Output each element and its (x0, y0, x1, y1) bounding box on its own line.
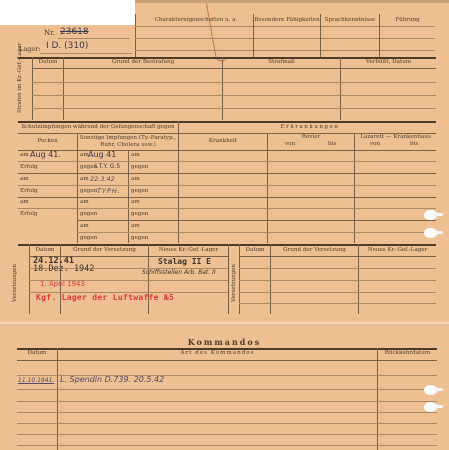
divider (239, 268, 436, 269)
kommandos-header-art: Art des Kommandos (58, 351, 377, 357)
divider (18, 161, 436, 162)
sonstige-label: am (80, 177, 89, 183)
sonstige-value: 22.3.42 (90, 176, 115, 183)
strafen-header-verbuesst: Verbüßt, Datum (341, 60, 436, 66)
divider (77, 220, 436, 221)
strafen-header-datum: Datum (33, 60, 63, 66)
nr-underline (58, 38, 130, 39)
divider (32, 68, 436, 69)
divider (17, 434, 437, 435)
nr-value: 23618 (60, 28, 89, 37)
schutzimpfungen-title: Schutzimpfungen während der Gefangenscha… (18, 125, 178, 131)
divider (77, 232, 436, 233)
header-lazarett-bis: bis (410, 142, 418, 148)
sonstige-label: gegen (131, 165, 148, 171)
divider (32, 95, 436, 96)
versetzung-date-2: 18.Dez. 1942 (33, 265, 94, 274)
divider (239, 280, 436, 281)
divider (228, 244, 229, 314)
pocken-row-label: am (20, 200, 29, 206)
header-lazarett: Lazarett — Krankenhaus (355, 135, 436, 141)
red-stamp-date: 1. April 1943 (40, 281, 85, 288)
divider (148, 244, 149, 314)
versetzung-right-header-grund: Grund der Versetzung (271, 248, 358, 254)
pocken-row-label: Erfolg (20, 212, 38, 218)
pocken-row-label: am (20, 153, 29, 159)
divider (32, 57, 33, 120)
divider (18, 133, 178, 134)
header-revier: Revier (268, 135, 354, 141)
kommando-row-datum: 11.10.1941. (18, 378, 54, 384)
divider (60, 244, 61, 314)
header-sprachkenntnisse: Sprachkenntnisse (321, 18, 379, 24)
sonstige-label: gegen (131, 212, 148, 218)
rule (18, 121, 436, 123)
header-fuehrung: Führung (380, 18, 435, 24)
divider (239, 303, 436, 304)
pocken-row-label: am (20, 177, 29, 183)
strafen-side-label: Strafen im Kr.-Gef.-Lager (17, 63, 23, 113)
versetzungen-right-side-label: Versetzungen (231, 258, 237, 308)
kommandos-title: Kommandos (0, 338, 449, 346)
sonstige-label: gegen (80, 189, 97, 195)
lager-value: I D. (310) (46, 42, 88, 51)
divider (17, 412, 437, 413)
card-top-edge (135, 0, 449, 3)
divider (239, 292, 436, 293)
header-revier-bis: bis (328, 142, 336, 148)
punch-hole-tear (433, 388, 443, 391)
sonstige-label: am (131, 200, 140, 206)
divider (17, 401, 437, 402)
pocken-row-value: Aug 41. (30, 151, 61, 159)
strafen-header-strafmass: Strafmaß (223, 60, 340, 66)
divider (17, 360, 437, 361)
pocken-row-label: Erfolg (20, 165, 38, 171)
punch-hole-tear (433, 405, 443, 408)
versetzung-header-grund: Grund der Versetzung (61, 248, 148, 254)
sonstige-label: gegen (80, 236, 97, 242)
divider (340, 57, 341, 120)
divider (222, 57, 223, 120)
nr-label: Nr. (44, 30, 55, 37)
card-fold (0, 322, 449, 326)
sonstige-value: TYPH. (97, 188, 121, 195)
header-revier-von: von (285, 142, 295, 148)
divider (135, 26, 435, 27)
versetzung-signature: Schiffsstellen Arb. Bat. II (142, 270, 216, 276)
sonstige-label: am (131, 153, 140, 159)
sonstige-label: gegen (131, 189, 148, 195)
versetzung-right-header-datum: Datum (240, 248, 270, 254)
versetzung-camp-1: Stalag II E (158, 258, 211, 266)
divider (18, 208, 436, 209)
divider (18, 173, 436, 174)
divider (17, 389, 437, 390)
header-lazarett-von: von (370, 142, 380, 148)
divider (32, 108, 436, 109)
kommando-row-art: L. Spendin D.739. 20.5.42 (60, 376, 164, 384)
kommandos-header-datum: Datum (17, 351, 57, 357)
header-krankheit: Krankheit (179, 139, 267, 145)
divider (135, 50, 435, 51)
pow-record-card (0, 25, 449, 450)
pocken-row-label: Erfolg (20, 189, 38, 195)
sonstige-label: am (80, 200, 89, 206)
divider (63, 57, 64, 120)
divider (135, 38, 435, 39)
sonstige-label: gegen (80, 212, 97, 218)
divider (239, 256, 436, 257)
sonstige-value: Aug 41 (88, 151, 116, 159)
divider (18, 150, 436, 151)
header-sonstige-impfungen: Sonstige Impfungen (Ty.-Paratyp., Ruhr, … (78, 135, 178, 148)
sonstige-label: am (80, 224, 89, 230)
divider (29, 244, 30, 314)
header-charaktereigenschaften: Charaktereigenschaften u. a. (140, 18, 252, 24)
divider (17, 445, 437, 446)
sonstige-label: am (131, 224, 140, 230)
versetzung-right-header-lager: Neues Kr.-Gef.-Lager (359, 248, 436, 254)
strafen-header-grund: Grund der Bestrafung (64, 60, 222, 66)
versetzungen-side-label: Versetzungen (12, 258, 18, 308)
divider (17, 423, 437, 424)
versetzung-header-lager: Neues Kr.-Gef.-Lager (149, 248, 228, 254)
red-stamp-camp: Kgf. Lager der Luftwaffe №5 (36, 294, 174, 302)
sonstige-label: am (131, 177, 140, 183)
header-besondere-faehigkeiten: Besondere Fähigkeiten (254, 18, 320, 24)
erkrankungen-title: Erkrankungen (186, 125, 434, 131)
punch-hole-tear (433, 213, 443, 216)
sonstige-value: I.T.Y. G.5 (95, 164, 120, 170)
kommandos-header-rueckkehr: Rückkehrdatum (378, 351, 437, 357)
divider (32, 82, 436, 83)
divider (18, 185, 436, 186)
header-pocken: Pocken (18, 139, 77, 145)
versetzung-header-datum: Datum (30, 248, 60, 254)
punch-hole-tear (433, 231, 443, 234)
divider (18, 197, 436, 198)
sonstige-label: gegen (131, 236, 148, 242)
rule (18, 244, 436, 246)
lager-underline (40, 53, 132, 54)
